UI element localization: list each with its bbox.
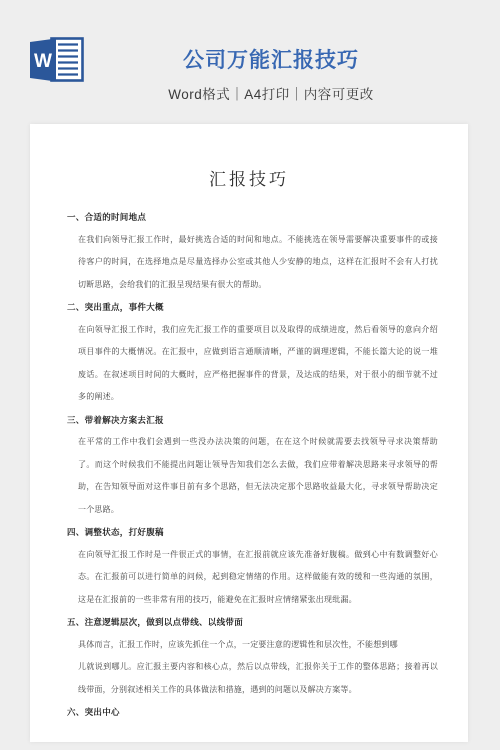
section-paragraph: 在向领导汇报工作时，我们应先汇报工作的重要项目以及取得的成绩进度，然后看领导的意… xyxy=(78,319,438,409)
section-heading: 三、带着解决方案去汇报 xyxy=(67,409,438,432)
section-heading: 六、突出中心 xyxy=(67,701,438,724)
doc-section-1: 一、合适的时间地点 在我们向领导汇报工作时，最好挑选合适的时间和地点。不能挑选在… xyxy=(67,206,438,296)
section-paragraph: 在平常的工作中我们会遇到一些没办法决策的问题，在在这个时候就需要去找领导寻求决策… xyxy=(78,431,438,521)
section-heading: 四、调整状态，打好腹稿 xyxy=(67,521,438,544)
section-paragraph: 具体而言，汇报工作时，应该先抓住一个点，一定要注意的逻辑性和层次性，不能想到哪 … xyxy=(78,634,438,702)
doc-section-3: 三、带着解决方案去汇报 在平常的工作中我们会遇到一些没办法决策的问题，在在这个时… xyxy=(67,409,438,522)
page-subtitle: Word格式｜A4打印｜内容可更改 xyxy=(0,83,500,103)
document-body: 一、合适的时间地点 在我们向领导汇报工作时，最好挑选合适的时间和地点。不能挑选在… xyxy=(30,206,468,724)
section-heading: 一、合适的时间地点 xyxy=(67,206,438,229)
document-page: 汇报技巧 一、合适的时间地点 在我们向领导汇报工作时，最好挑选合适的时间和地点。… xyxy=(30,124,468,742)
doc-section-6: 六、突出中心 xyxy=(67,701,438,724)
doc-section-4: 四、调整状态，打好腹稿 在向领导汇报工作时是一件很正式的事情，在汇报前就应该先准… xyxy=(67,521,438,611)
doc-section-5: 五、注意逻辑层次，做到以点带线、以线带面 具体而言，汇报工作时，应该先抓住一个点… xyxy=(67,611,438,701)
preview-header: W 公司万能汇报技巧 Word格式｜A4打印｜内容可更改 xyxy=(0,0,500,124)
doc-section-2: 二、突出重点，事件大概 在向领导汇报工作时，我们应先汇报工作的重要项目以及取得的… xyxy=(67,296,438,409)
word-logo-letter: W xyxy=(34,51,52,72)
section-heading: 二、突出重点，事件大概 xyxy=(67,296,438,319)
template-preview-screenshot: { "header": { "title": "公司万能汇报技巧", "subt… xyxy=(0,0,500,750)
document-title: 汇报技巧 xyxy=(30,165,468,190)
section-paragraph: 在向领导汇报工作时是一件很正式的事情，在汇报前就应该先准备好腹稿。做到心中有数调… xyxy=(78,544,438,612)
section-paragraph: 在我们向领导汇报工作时，最好挑选合适的时间和地点。不能挑选在领导需要解决重要事件… xyxy=(78,229,438,297)
word-logo-icon: W xyxy=(30,37,84,83)
section-heading: 五、注意逻辑层次，做到以点带线、以线带面 xyxy=(67,611,438,634)
